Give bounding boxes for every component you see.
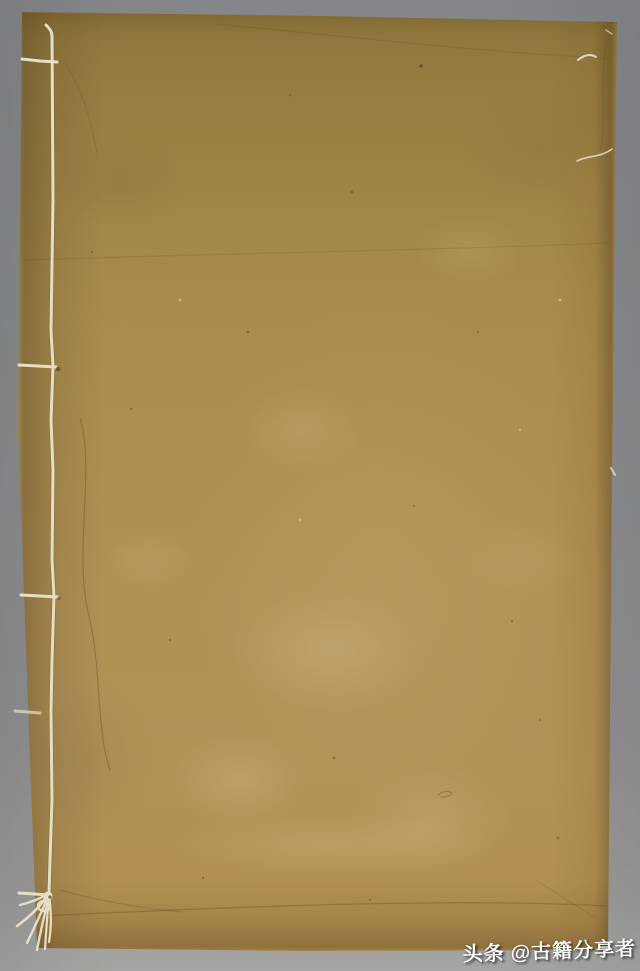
watermark: 头条@古籍分享者 [463, 932, 637, 967]
thread-knot-tassel [17, 892, 53, 951]
stitch-bottom [19, 893, 48, 895]
paper-specks [91, 64, 562, 901]
cover-crease-lines [24, 24, 610, 918]
photo-backdrop: 头条@古籍分享者 [0, 0, 640, 971]
watermark-account: @古籍分享者 [511, 938, 637, 964]
watermark-brand: 头条 [463, 943, 506, 966]
stitch-3 [21, 595, 58, 597]
stitch-holes [56, 367, 61, 600]
binding-thread [15, 25, 58, 895]
book-details-overlay [0, 0, 640, 971]
stitch-2 [19, 365, 56, 367]
scratch-marks [577, 30, 615, 475]
stitch-4 [15, 711, 40, 713]
